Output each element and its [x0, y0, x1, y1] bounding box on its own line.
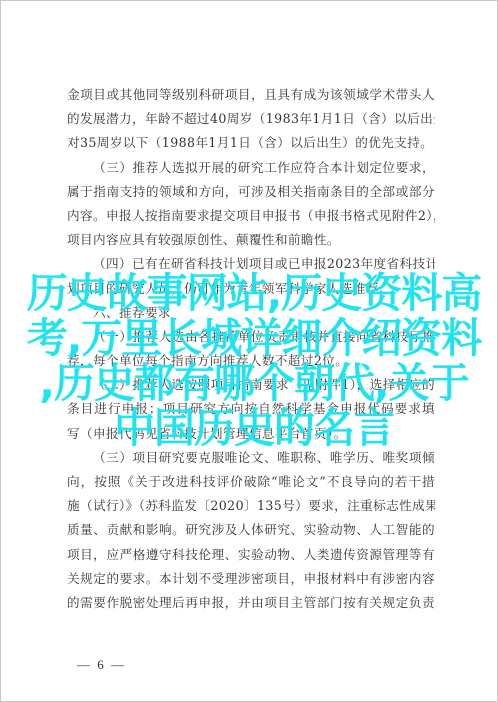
text-line: 金项目或其他同等级别科研项目，且具有成为该领域学术带头人 — [67, 83, 435, 107]
watermark-line[interactable]: 考,万里长城详细介绍资料 — [9, 316, 498, 361]
watermark-line[interactable]: 中国历史的名言 — [9, 406, 498, 451]
text-line: 向，按照《关于改进科技评价破除“唯论文”不良导向的若干措 — [67, 470, 435, 494]
text-line: 对35周岁以下（1988年1月1日（含）以后出生）的优先支持。 — [67, 131, 435, 155]
watermark-line[interactable]: ,历史都有哪个朝代,关于 — [9, 361, 498, 406]
text-line: 项目内容应具有较强原创性、颠覆性和前瞻性。 — [67, 228, 435, 252]
text-line: 关规定的要求。本计划不受理涉密项目，申报材料中有涉密内容 — [67, 567, 435, 591]
watermark-overlay[interactable]: 历史故事网站,历史资料高 考,万里长城详细介绍资料 ,历史都有哪个朝代,关于 中… — [9, 271, 498, 451]
document-page: 金项目或其他同等级别科研项目，且具有成为该领域学术带头人 的发展潜力，年龄不超过… — [0, 0, 498, 702]
text-line: （三）推荐人选拟开展的研究工作应符合本计划定位要求， — [67, 156, 435, 180]
page-number: — 6 — — [77, 657, 126, 673]
text-line: 项目，应严格遵守科技伦理、实验动物、人类遗传资源管理等有 — [67, 543, 435, 567]
text-line: 的需要作脱密处理后再申报，并由项目主管部门按有关规定负责 — [67, 591, 435, 615]
text-line: 内容。申报人按指南要求提交项目申报书（申报书格式见附件2）， — [67, 204, 435, 228]
text-line: 施（试行）》（苏科监发〔2020〕135号）要求，注重标志性成果的 — [67, 494, 435, 518]
text-line: 质量、贡献和影响。研究涉及人体研究、实验动物、人工智能的 — [67, 518, 435, 542]
watermark-line[interactable]: 历史故事网站,历史资料高 — [9, 271, 498, 316]
text-line: 属于指南支持的领域和方向，可涉及相关指南条目的全部或部分 — [67, 180, 435, 204]
text-line: 的发展潜力，年龄不超过40周岁（1983年1月1日（含）以后出生）， — [67, 107, 435, 131]
